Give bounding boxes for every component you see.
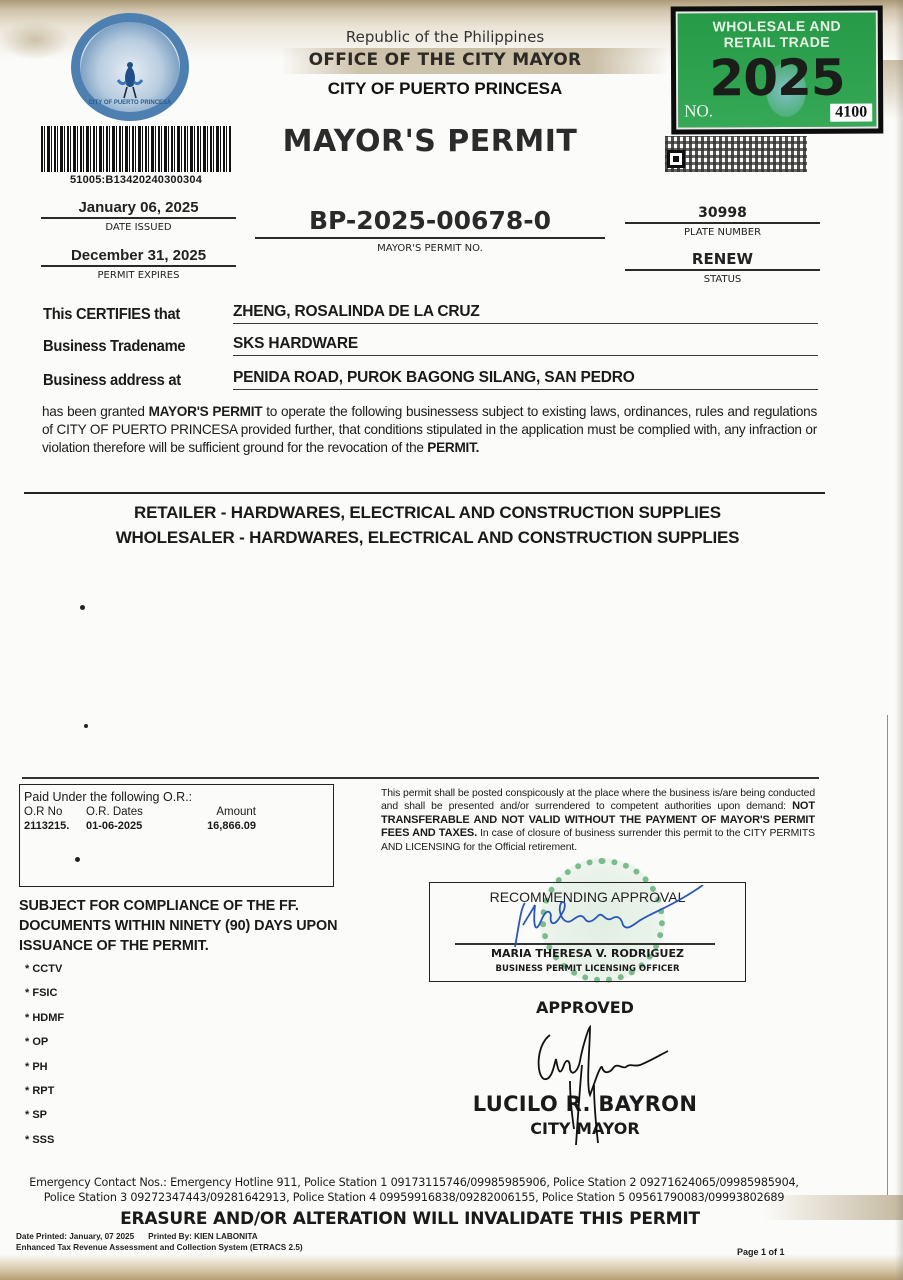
payment-title: Paid Under the following O.R.: [24,790,329,804]
posting-notice: This permit shall be posted conspicously… [381,787,815,854]
signature-icon [505,885,725,965]
owner-label: This CERTIFIES that [43,306,218,324]
plate-number-field: 30998 PLATE NUMBER [625,205,820,238]
date-printed: Date Printed: January, 07 2025 [16,1232,134,1241]
qr-finder-icon [667,150,685,168]
emergency-contacts: Emergency Contact Nos.: Emergency Hotlin… [14,1175,814,1205]
payment-header-row: O.R No O.R. Dates Amount [24,806,329,818]
system-name: Enhanced Tax Revenue Assessment and Coll… [16,1242,303,1253]
seal-ring-text: CITY OF PUERTO PRINCESA [80,100,180,106]
permit-no-label: MAYOR'S PERMIT NO. [255,243,605,254]
speck [80,605,85,610]
header-republic: Republic of the Philippines [250,28,640,46]
print-info: Date Printed: January, 07 2025Printed By… [16,1231,303,1253]
speck [84,724,88,728]
compliance-item: SSS [25,1134,64,1158]
compliance-item: HDMF [25,1012,64,1036]
divider [24,492,825,494]
address-value: PENIDA ROAD, PUROK BAGONG SILANG, SAN PE… [233,369,818,390]
compliance-item: PH [25,1061,64,1085]
permit-no-value: BP-2025-00678-0 [255,205,605,237]
permit-expires-value: December 31, 2025 [41,246,236,265]
permit-expires-label: PERMIT EXPIRES [41,270,236,281]
owner-value: ZHENG, ROSALINDA DE LA CRUZ [233,303,818,324]
date-issued-value: January 06, 2025 [41,199,236,217]
paper-stain-bottom [0,1254,903,1280]
grant-paragraph: has been granted MAYOR'S PERMIT to opera… [42,403,817,457]
recommending-position: BUSINESS PERMIT LICENSING OFFICER [430,964,745,974]
sticker-title: WHOLESALE AND RETAIL TRADE [678,17,876,50]
compliance-title: SUBJECT FOR COMPLIANCE OF THE FF. DOCUME… [19,896,339,956]
plate-number-label: PLATE NUMBER [625,227,820,238]
owner-row: This CERTIFIES that ZHENG, ROSALINDA DE … [43,300,818,324]
qr-code [665,136,807,172]
edge-rule [887,715,888,1195]
barcode [41,126,231,172]
sticker-no-label: NO. [684,101,713,121]
business-line: WHOLESALER - HARDWARES, ELECTRICAL AND C… [40,528,815,548]
divider [22,777,819,779]
erasure-warning: ERASURE AND/OR ALTERATION WILL INVALIDAT… [60,1209,760,1229]
tradename-value: SKS HARDWARE [233,335,818,356]
address-label: Business address at [43,372,218,390]
permit-no-field: BP-2025-00678-0 MAYOR'S PERMIT NO. [255,205,605,254]
barcode-number: 51005:B13420240300304 [41,174,231,186]
date-issued-label: DATE ISSUED [41,222,236,233]
mayor-signature-icon [530,1025,680,1150]
compliance-item: CCTV [25,963,64,987]
city-seal-logo: CITY OF PUERTO PRINCESA [71,13,189,121]
printed-by: Printed By: KIEN LABONITA [148,1232,257,1241]
tradename-label: Business Tradename [43,338,218,356]
payment-row: 2113215. 01-06-2025 16,866.09 [24,820,329,832]
sticker-number: 4100 [830,104,872,122]
address-row: Business address at PENIDA ROAD, PUROK B… [43,366,818,390]
paper-edge [895,0,903,1280]
date-issued-field: January 06, 2025 DATE ISSUED [41,199,236,233]
business-line: RETAILER - HARDWARES, ELECTRICAL AND CON… [40,503,815,523]
plate-number-value: 30998 [625,205,820,222]
compliance-list: CCTV FSIC HDMF OP PH RPT SP SSS [25,963,64,1158]
tradename-row: Business Tradename SKS HARDWARE [43,332,818,356]
compliance-item: OP [25,1036,64,1060]
status-label: STATUS [625,274,820,285]
permit-expires-field: December 31, 2025 PERMIT EXPIRES [41,246,236,281]
status-value: RENEW [625,250,820,269]
payment-box: Paid Under the following O.R.: O.R No O.… [19,784,334,887]
header-city: CITY OF PUERTO PRINCESA [250,79,640,99]
document-title: MAYOR'S PERMIT [250,124,610,159]
compliance-item: RPT [25,1085,64,1109]
page-number: Page 1 of 1 [737,1247,785,1257]
header-office: OFFICE OF THE CITY MAYOR [250,50,640,70]
compliance-item: SP [25,1109,64,1133]
compliance-item: FSIC [25,987,64,1011]
approved-title: APPROVED [480,998,690,1017]
trade-sticker: WHOLESALE AND RETAIL TRADE 2025 NO. 4100 [671,5,884,134]
peacock-icon [116,60,144,100]
status-field: RENEW STATUS [625,250,820,285]
sticker-year: 2025 [678,48,876,107]
paper-stain-left [0,20,70,60]
